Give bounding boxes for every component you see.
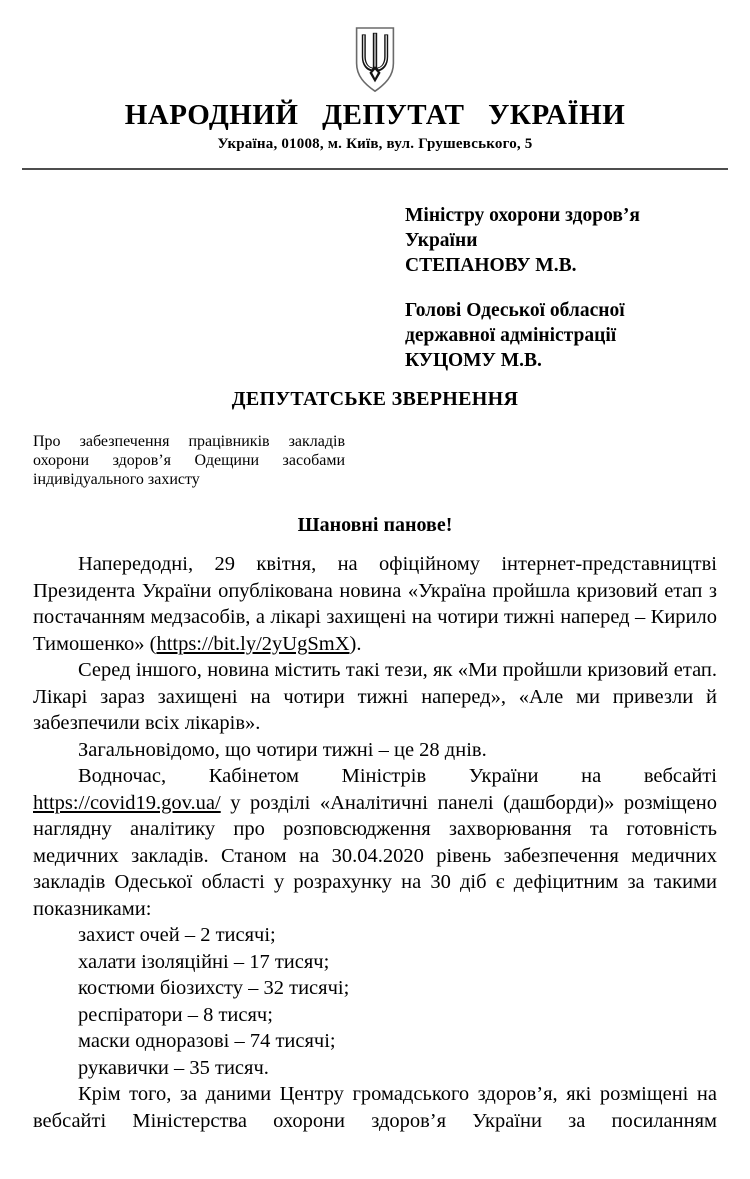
paragraph-dashboard: Водночас, Кабінетом Міністрів України на…	[33, 763, 717, 922]
paragraph-news: Напередодні, 29 квітня, на офіційному ін…	[33, 551, 717, 657]
hyperlink[interactable]: https://bit.ly/2yUgSmX	[156, 633, 349, 655]
recipient-line: державної адміністрації	[405, 323, 717, 348]
recipient-line: України	[405, 228, 717, 253]
recipients-block: Міністру охорони здоров’я України СТЕПАН…	[405, 203, 717, 373]
org-address: Україна, 01008, м. Київ, вул. Грушевсько…	[0, 136, 750, 153]
paragraph-phc-data: Крім того, за даними Центру громадського…	[33, 1081, 717, 1134]
recipient-governor: Голові Одеської обласної державної адмін…	[405, 298, 717, 373]
paragraph-four-weeks: Загальновідомо, що чотири тижні – це 28 …	[33, 737, 717, 764]
trident-coat-of-arms-icon	[351, 26, 399, 94]
letterhead: НАРОДНИЙ ДЕПУТАТ УКРАЇНИ Україна, 01008,…	[0, 26, 750, 170]
org-title: НАРОДНИЙ ДЕПУТАТ УКРАЇНИ	[0, 99, 750, 132]
shortage-item: захист очей – 2 тисячі;	[33, 922, 717, 949]
shortage-list: захист очей – 2 тисячі; халати ізоляційн…	[33, 922, 717, 1081]
letter-page: НАРОДНИЙ ДЕПУТАТ УКРАЇНИ Україна, 01008,…	[0, 0, 750, 1179]
shortage-item: рукавички – 35 тисяч.	[33, 1055, 717, 1082]
shortage-item: респіратори – 8 тисяч;	[33, 1002, 717, 1029]
document-title: ДЕПУТАТСЬКЕ ЗВЕРНЕННЯ	[33, 388, 717, 411]
letter-content: Міністру охорони здоров’я України СТЕПАН…	[0, 203, 750, 1134]
recipient-minister: Міністру охорони здоров’я України СТЕПАН…	[405, 203, 717, 278]
shortage-item: халати ізоляційні – 17 тисяч;	[33, 949, 717, 976]
recipient-line: Міністру охорони здоров’я	[405, 203, 717, 228]
recipient-line: Голові Одеської обласної	[405, 298, 717, 323]
paragraph-theses: Серед іншого, новина містить такі тези, …	[33, 657, 717, 737]
shortage-item: маски одноразові – 74 тисячі;	[33, 1028, 717, 1055]
header-divider	[22, 168, 728, 170]
subject-block: Про забезпечення працівників закладів ох…	[33, 432, 345, 489]
letter-body: Напередодні, 29 квітня, на офіційному ін…	[33, 551, 717, 1134]
shortage-item: костюми біозихсту – 32 тисячі;	[33, 975, 717, 1002]
recipient-line: КУЦОМУ М.В.	[405, 348, 717, 373]
recipient-line: СТЕПАНОВУ М.В.	[405, 253, 717, 278]
greeting: Шановні панове!	[33, 514, 717, 537]
hyperlink[interactable]: https://covid19.gov.ua/	[33, 792, 221, 814]
